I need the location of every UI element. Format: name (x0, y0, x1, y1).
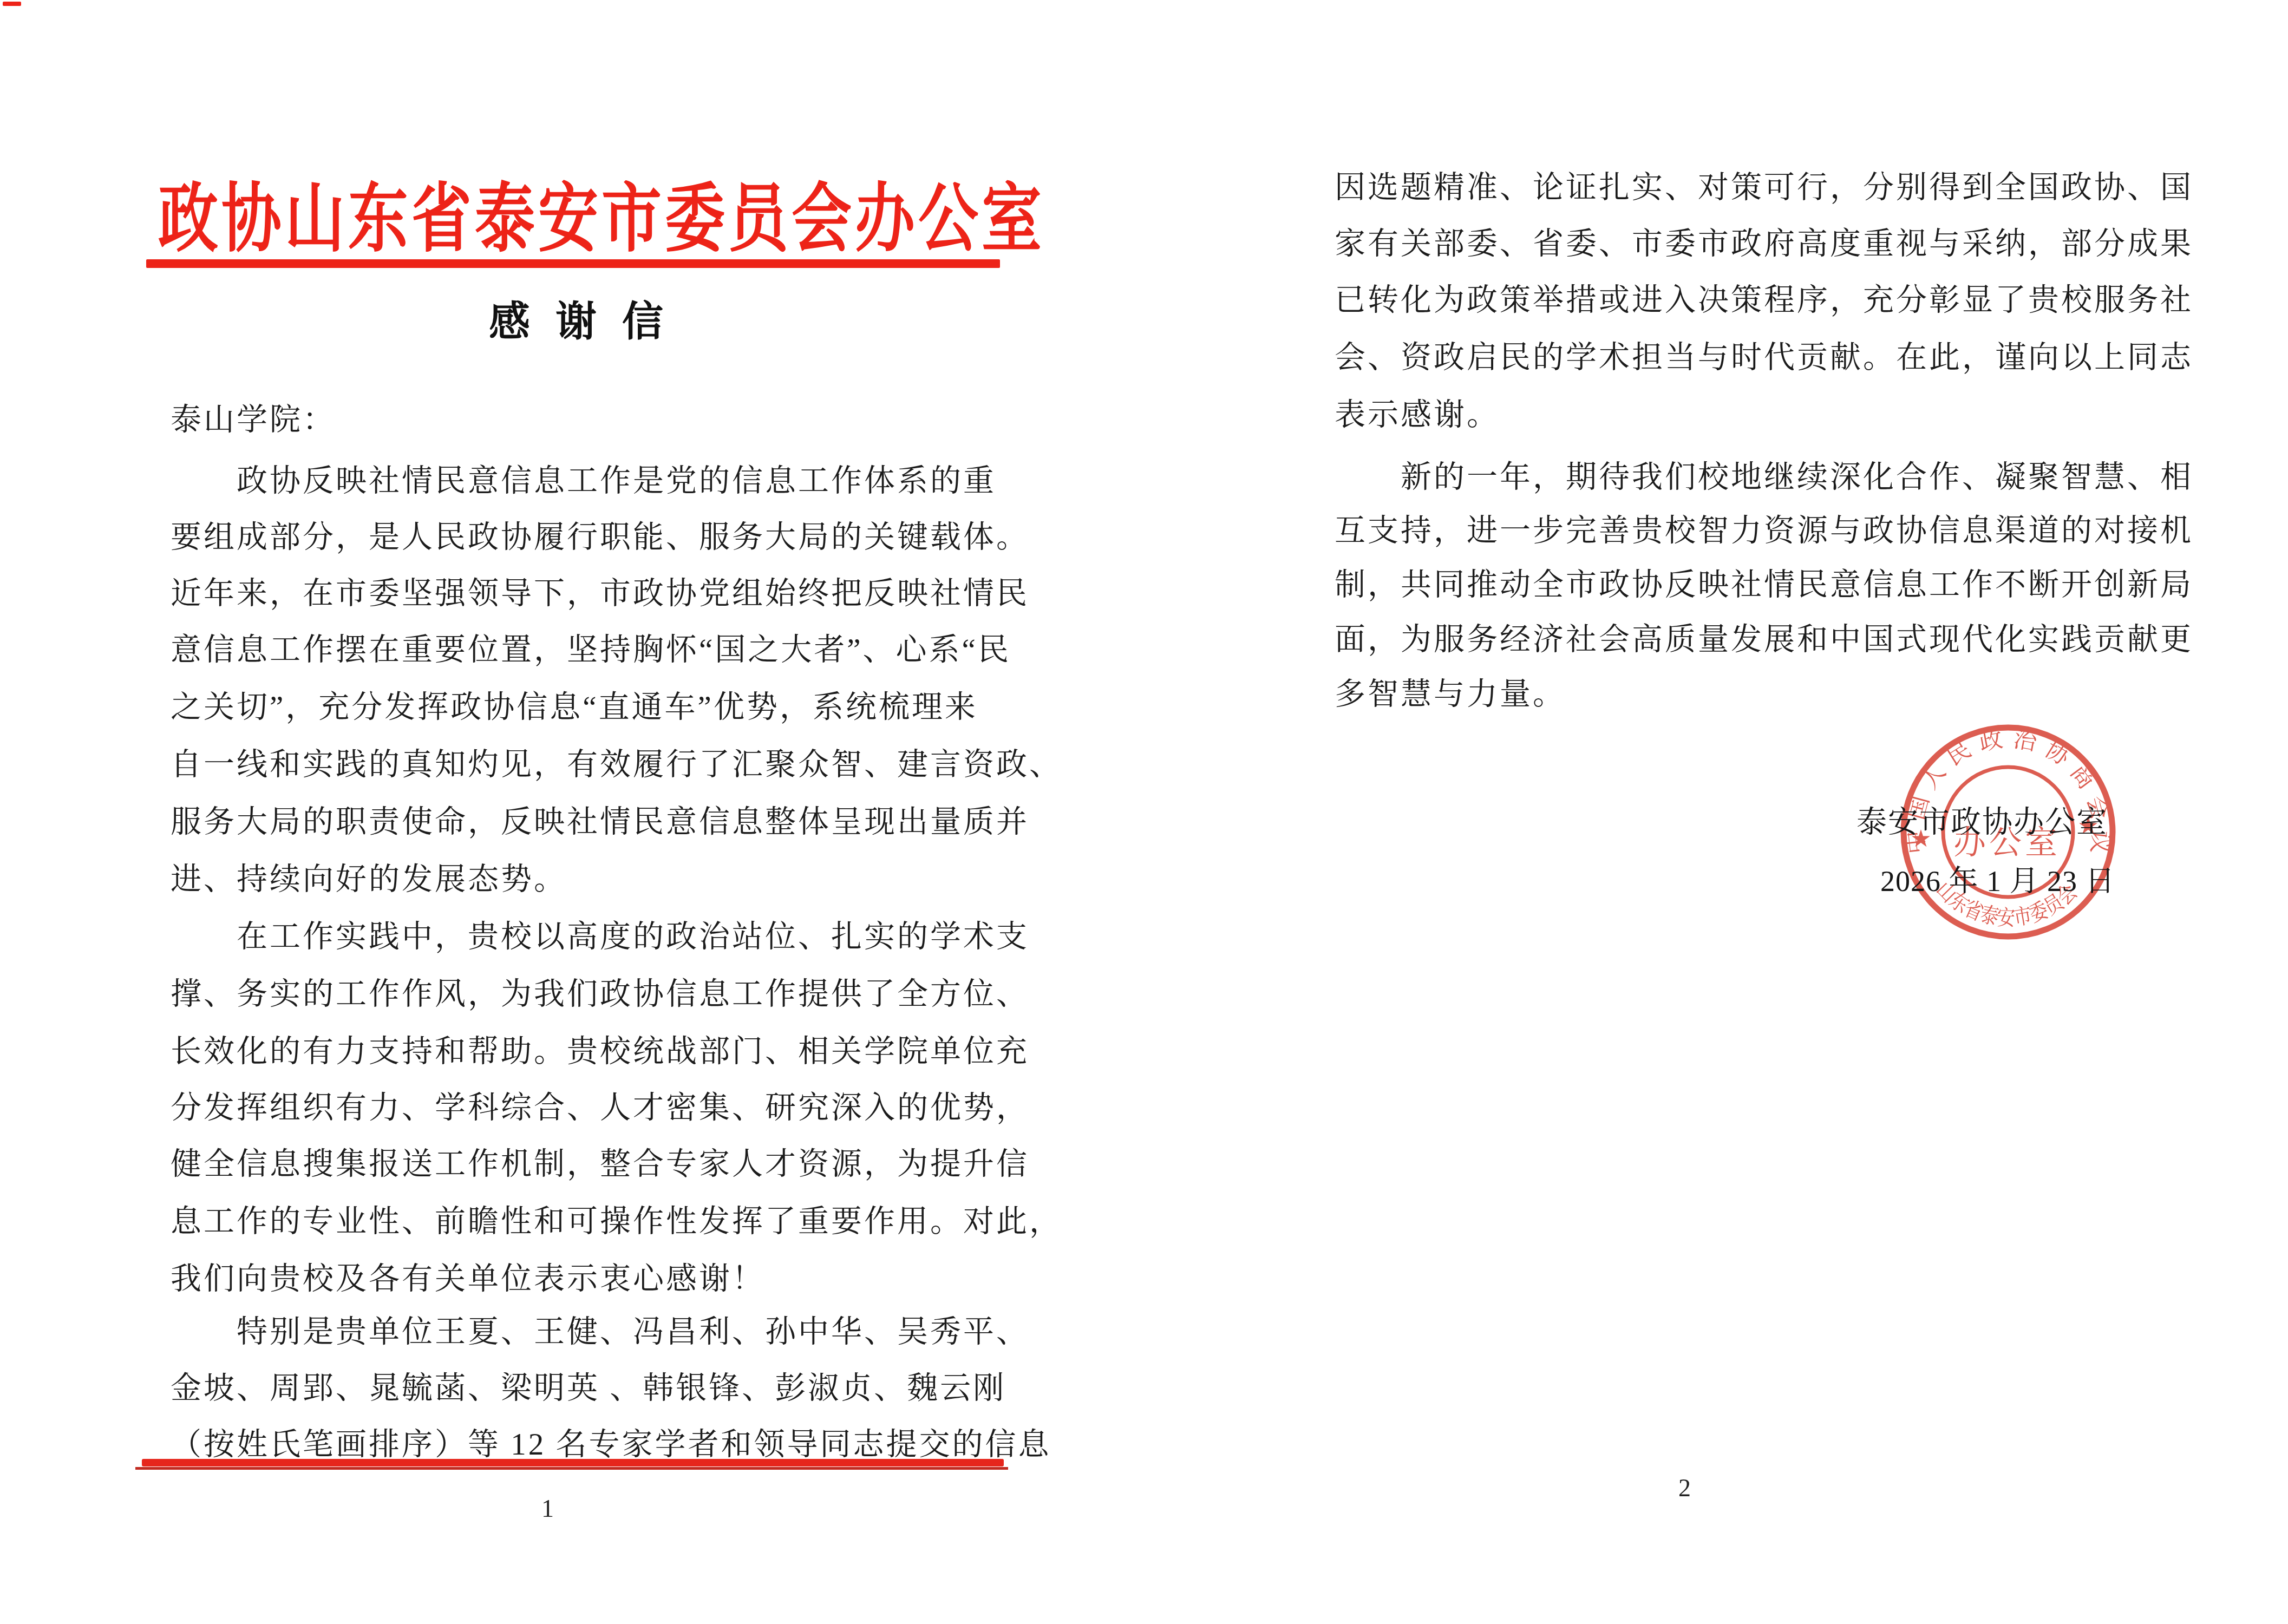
body-line: 制，共同推动全市政协反映社情民意信息工作不断开创新局 (1335, 568, 2193, 602)
scan-artifact-red-line (135, 1467, 1008, 1470)
body-line: 服务大局的职责使命，反映社情民意信息整体呈现出量质并 (171, 806, 1029, 839)
body-line: 健全信息搜集报送工作机制，整合专家人才资源，为提升信 (171, 1148, 1029, 1181)
letterhead-org-title: 政协山东省泰安市委员会办公室 (158, 158, 1003, 265)
signature-date: 2026 年 1 月 23 日 (1880, 858, 2115, 900)
body-line: 家有关部委、省委、市委市政府高度重视与采纳，部分成果 (1335, 227, 2193, 261)
body-line: 近年来，在市委坚强领导下，市政协党组始终把反映社情民 (171, 577, 1029, 611)
letter-title: 感 谢 信 (489, 289, 671, 348)
body-line: 多智慧与力量。 (1335, 678, 1566, 711)
body-line: 新的一年，期待我们校地继续深化合作、凝聚智慧、相 (1335, 461, 2193, 494)
page-number-2: 2 (1678, 1474, 1691, 1502)
salutation: 泰山学院： (171, 403, 336, 437)
body-line: 撑、务实的工作作风，为我们政协信息工作提供了全方位、 (171, 978, 1029, 1011)
scanned-thank-you-letter: 政协山东省泰安市委员会办公室 感 谢 信 泰山学院： 政协反映社情民意信息工作是… (0, 0, 2288, 1624)
body-line: 自一线和实践的真知灼见，有效履行了汇聚众智、建言资政、 (171, 748, 1062, 782)
body-line: 要组成部分，是人民政协履行职能、服务大局的关键载体。 (171, 521, 1029, 554)
body-line: 我们向贵校及各有关单位表示衷心感谢！ (171, 1262, 765, 1296)
page-number-1: 1 (541, 1494, 554, 1523)
body-line: 会、资政启民的学术担当与时代贡献。在此，谨向以上同志 (1335, 341, 2193, 375)
scan-artifact-red-band (142, 1459, 1004, 1466)
body-line: 之关切”，充分发挥政协信息“直通车”优势，系统梳理来 (171, 691, 978, 724)
body-line: 长效化的有力支持和帮助。贵校统战部门、相关学院单位充 (171, 1035, 1029, 1069)
body-line: 特别是贵单位王夏、王健、冯昌利、孙中华、吴秀平、 (171, 1315, 1029, 1349)
body-line: （按姓氏笔画排序）等 12 名专家学者和领导同志提交的信息 (171, 1428, 1051, 1462)
body-line: 意信息工作摆在重要位置，坚持胸怀“国之大者”、心系“民 (171, 633, 1011, 667)
signature-org: 泰安市政协办公室 (1856, 798, 2108, 841)
scan-artifact-corner-mark (3, 2, 21, 6)
body-line: 金坡、周郢、晁毓菡、梁明英 、韩银锋、彭淑贞、魏云刚 (171, 1372, 1006, 1405)
body-line: 面，为服务经济社会高质量发展和中国式现代化实践贡献更 (1335, 623, 2193, 657)
body-line: 因选题精准、论证扎实、对策可行，分别得到全国政协、国 (1335, 171, 2193, 205)
body-line: 表示感谢。 (1335, 398, 1500, 432)
letterhead-divider-rule (146, 259, 1000, 268)
body-line: 进、持续向好的发展态势。 (171, 863, 567, 896)
body-line: 息工作的专业性、前瞻性和可操作性发挥了重要作用。对此， (171, 1205, 1062, 1239)
body-line: 分发挥组织有力、学科综合、人才密集、研究深入的优势， (171, 1091, 1029, 1125)
body-line: 政协反映社情民意信息工作是党的信息工作体系的重 (171, 464, 996, 498)
body-line: 已转化为政策举措或进入决策程序，充分彰显了贵校服务社 (1335, 284, 2193, 317)
body-line: 互支持，进一步完善贵校智力资源与政协信息渠道的对接机 (1335, 514, 2193, 548)
body-line: 在工作实践中，贵校以高度的政治站位、扎实的学术支 (171, 920, 1029, 954)
